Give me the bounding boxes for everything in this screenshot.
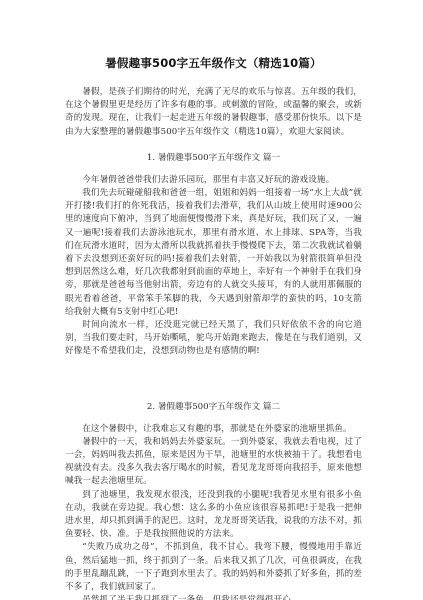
intro-paragraph: 暑假，是孩子们期待的时光，充满了无尽的欢乐与惊喜。五年级的我们，在这个暑假里更是… xyxy=(65,86,362,139)
section-paragraph: 暑假中的一天，我和妈妈去外婆家玩。一到外婆家，我就去看电视，过了一会，妈妈叫我去… xyxy=(65,436,362,489)
section-paragraph: 虽然抓了半天我只抓到了一条鱼，但我还是觉得很开心。 xyxy=(65,594,362,600)
essay-section-1: 1. 暑假趣事500字五年级作文 篇一 今年暑假爸爸带我们去游乐园玩，那里有丰富… xyxy=(65,152,362,359)
section-paragraph: 我们先去玩碰碰船我和爸爸一组，姐姐和妈妈一组接着一场“水上大战”就开打搂!我们打… xyxy=(65,187,362,319)
section-paragraph: 到了池塘里，我发现水很浅，还没到我的小腿呢!我看见水里有很多小鱼在动，我就在旁边… xyxy=(65,489,362,542)
section-paragraph: “失败乃成功之母”，不抓到鱼，我不甘心。我弯下腰，慢慢地用手靠近鱼，然后猛地一抓… xyxy=(65,541,362,594)
section-paragraph: 今年暑假爸爸带我们去游乐园玩，那里有丰富又好玩的游戏设施。 xyxy=(65,174,362,187)
document-content: 暑假趣事500字五年级作文（精选10篇） 暑假，是孩子们期待的时光，充满了无尽的… xyxy=(65,55,362,600)
section-heading: 2. 暑假趣事500字五年级作文 篇二 xyxy=(65,401,362,414)
section-paragraph: 时间向流水一样，还没逛完就已经天黑了，我们只好依依不舍的向它道别，当我们要走时，… xyxy=(65,319,362,359)
section-paragraph: 在这个暑假中，让我难忘又有趣的事，那就是在外婆家的池塘里抓鱼。 xyxy=(65,423,362,436)
document-title: 暑假趣事500字五年级作文（精选10篇） xyxy=(65,55,362,71)
essay-section-2: 2. 暑假趣事500字五年级作文 篇二 在这个暑假中，让我难忘又有趣的事，那就是… xyxy=(65,401,362,600)
section-heading: 1. 暑假趣事500字五年级作文 篇一 xyxy=(65,152,362,165)
document-page: 暑假趣事500字五年级作文（精选10篇） 暑假，是孩子们期待的时光，充满了无尽的… xyxy=(0,0,423,600)
